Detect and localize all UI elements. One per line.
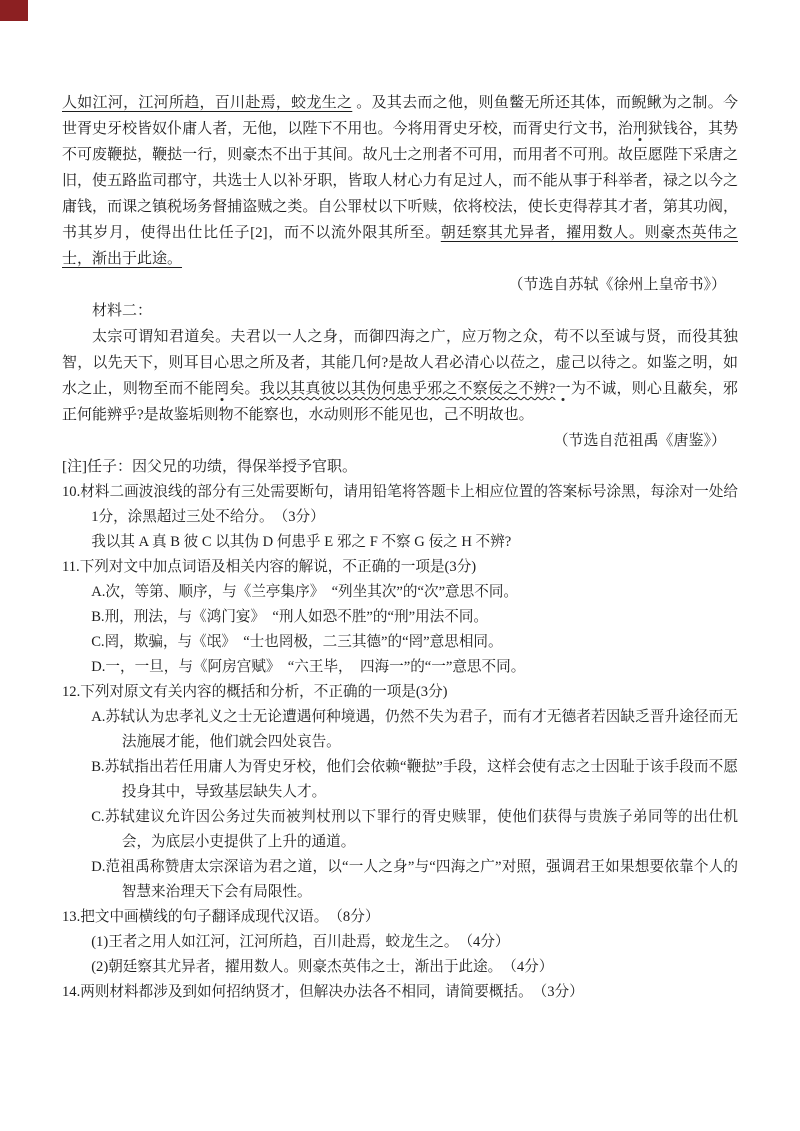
material-two-source: （节选自范祖禹《唐鉴》） — [62, 428, 738, 454]
question-11-number: 11. — [62, 559, 80, 575]
question-12-number: 12. — [62, 684, 80, 700]
question-10-stem: 10.材料二画波浪线的部分有三处需要断句，请用铅笔将答题卡上相应位置的答案标号涂… — [62, 480, 738, 530]
question-11-stem: 11.下列对文中加点词语及相关内容的解说，不正确的一项是(3分) — [62, 555, 738, 580]
question-13-number: 13. — [62, 909, 80, 925]
question-12-text: 下列对原文有关内容的概括和分析，不正确的一项是(3分) — [80, 684, 447, 700]
question-14-text: 两则材料都涉及到如何招纳贤才，但解决办法各不相同，请简要概括。 （3分） — [80, 984, 583, 1000]
material-two-paragraph: 太宗可谓知君道矣。夫君以一人之身，而御四海之广，应万物之众，苟不以至诚与贤，而役… — [62, 324, 738, 428]
material-two-label: 材料二： — [62, 298, 738, 324]
question-11-text: 下列对文中加点词语及相关内容的解说，不正确的一项是(3分) — [80, 559, 476, 575]
question-14-stem: 14.两则材料都涉及到如何招纳贤才，但解决办法各不相同，请简要概括。 （3分） — [62, 980, 738, 1005]
question-11-option-a: A.次，等第、顺序，与《兰亭集序》 “列坐其次”的“次”意思不同。 — [62, 580, 738, 605]
question-12-option-c: C.苏轼建议允许因公务过失而被判杖刑以下罪行的胥史赎罪，使他们获得与贵族子弟同等… — [91, 805, 738, 855]
dotted-word-xing: 刑 — [633, 121, 648, 137]
dotted-word-wang: 罔 — [214, 381, 229, 397]
material-two-text-2: 矣。 — [229, 381, 259, 397]
question-13-stem: 13.把文中画横线的句子翻译成现代汉语。 （8分） — [62, 905, 738, 930]
question-13-text: 把文中画横线的句子翻译成现代汉语。 （8分） — [80, 909, 379, 925]
question-10-answer-line: 我以其 A 真 B 彼 C 以其伪 D 何患乎 E 邪之 F 不察 G 佞之 H… — [62, 530, 738, 555]
question-10-text: 材料二画波浪线的部分有三处需要断句，请用铅笔将答题卡上相应位置的答案标号涂黑，每… — [80, 484, 738, 525]
question-10-number: 10. — [62, 484, 80, 500]
question-12-stem: 12.下列对原文有关内容的概括和分析，不正确的一项是(3分) — [62, 680, 738, 705]
question-13-item-2: (2)朝廷察其尤异者，擢用数人。则豪杰英伟之士，渐出于此途。 （4分） — [62, 955, 738, 980]
material-one-paragraph: 人如江河，江河所趋，百川赴焉，蛟龙生之 。及其去而之他，则鱼鳖无所还其体，而鲵鳅… — [62, 90, 738, 272]
question-13-item-1: (1)王者之用人如江河，江河所趋，百川赴焉，蛟龙生之。 （4分） — [62, 930, 738, 955]
material-one-source: （节选自苏轼《徐州上皇帝书》） — [62, 272, 738, 298]
question-11-option-d: D.一，一旦，与《阿房宫赋》 “六王毕， 四海一”的“一”意思不同。 — [62, 655, 738, 680]
page-content: 人如江河，江河所趋，百川赴焉，蛟龙生之 。及其去而之他，则鱼鳖无所还其体，而鲵鳅… — [62, 90, 738, 1005]
question-11-option-b: B.刑，刑法，与《鸿门宴》 “刑人如恐不胜”的“刑”用法不同。 — [62, 605, 738, 630]
underlined-sentence-1: 人如江河，江河所趋，百川赴焉，蛟龙生之 — [62, 95, 352, 111]
question-12-option-b: B.苏轼指出若任用庸人为胥史牙校，他们会依赖“鞭挞”手段，这样会使有志之士因耻于… — [91, 755, 738, 805]
question-14-number: 14. — [62, 984, 80, 1000]
reading-materials: 人如江河，江河所趋，百川赴焉，蛟龙生之 。及其去而之他，则鱼鳖无所还其体，而鲵鳅… — [62, 90, 738, 480]
question-11-option-c: C.罔，欺骗，与《氓》 “士也罔极，二三其德”的“罔”意思相同。 — [62, 630, 738, 655]
dotted-word-yi: 一 — [555, 381, 570, 397]
wavy-underlined-sentence: 我以其真彼以其伪何患乎邪之不察佞之不辨? — [260, 381, 556, 397]
question-12-option-d: D.范祖禹称赞唐太宗深谙为君之道，以“一人之身”与“四海之广”对照，强调君王如果… — [91, 855, 738, 905]
questions-section: 10.材料二画波浪线的部分有三处需要断句，请用铅笔将答题卡上相应位置的答案标号涂… — [62, 480, 738, 1005]
note-line: [注]任子：因父兄的功绩，得保举授予官职。 — [62, 454, 738, 480]
material-one-text-2: 狱钱谷，其势不可废鞭挞，鞭挞一行，则豪杰不出于其间。故凡士之刑者不可用，而用者不… — [62, 121, 738, 241]
question-12-option-a: A.苏轼认为忠孝礼义之士无论遭遇何种境遇，仍然不失为君子，而有才无德者若因缺乏晋… — [91, 705, 738, 755]
corner-red-mark — [0, 0, 28, 21]
